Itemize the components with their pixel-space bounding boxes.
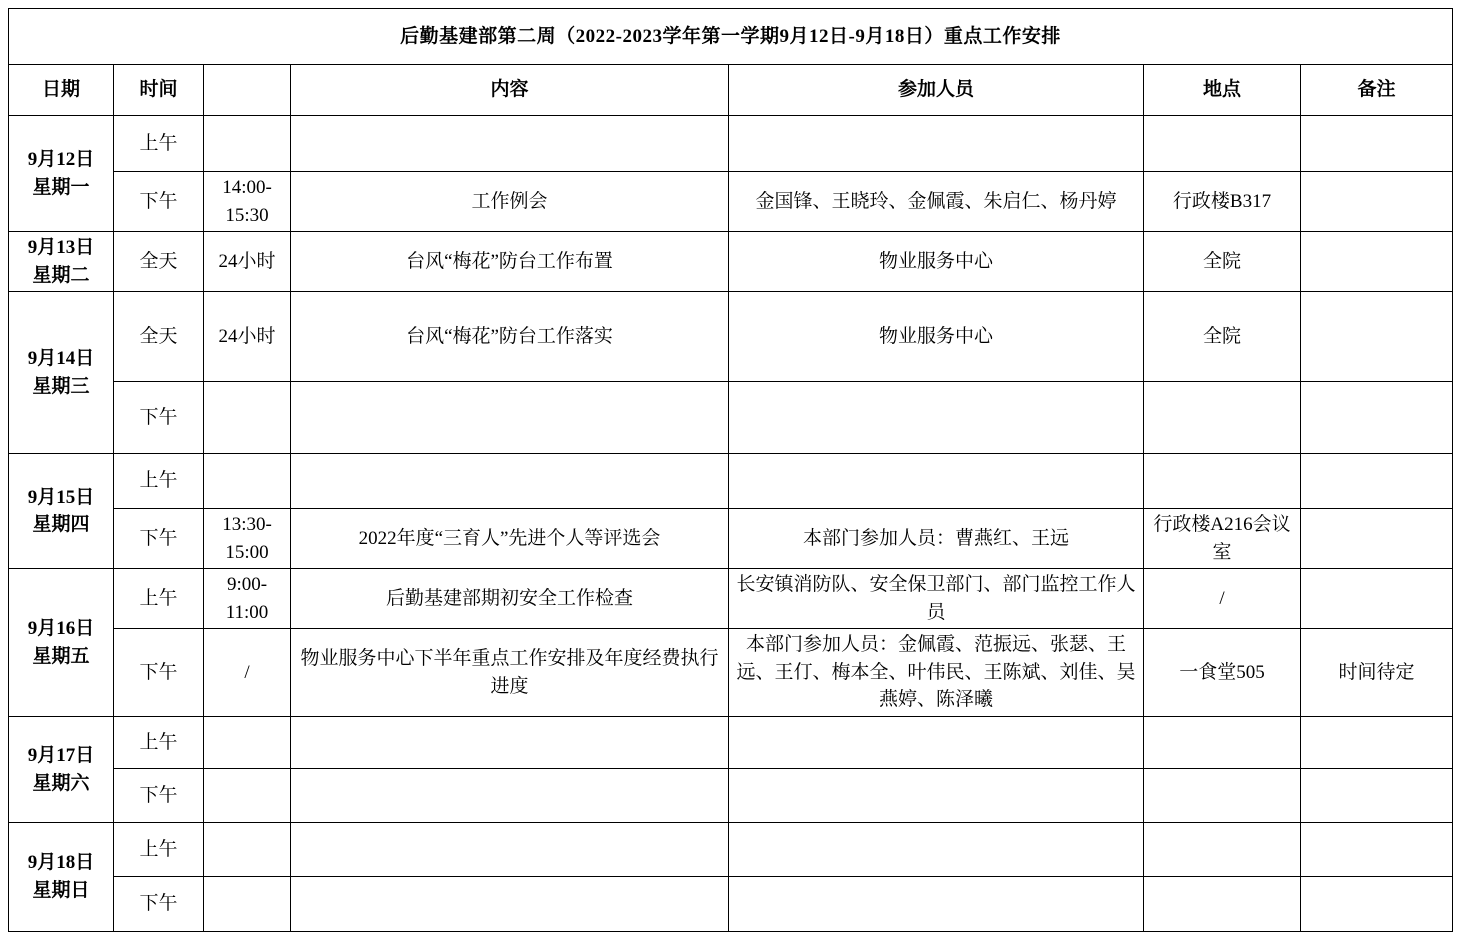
time-cell	[204, 877, 291, 932]
location-cell	[1144, 116, 1301, 172]
location-cell: 一食堂505	[1144, 629, 1301, 717]
participants-cell	[729, 877, 1144, 932]
period-cell: 下午	[114, 629, 204, 717]
location-cell	[1144, 769, 1301, 823]
table-row: 下午	[9, 877, 1453, 932]
content-cell	[291, 382, 729, 454]
period-cell: 下午	[114, 877, 204, 932]
column-header-note: 备注	[1301, 65, 1453, 116]
content-cell	[291, 823, 729, 877]
date-cell: 9月17日 星期六	[9, 717, 114, 823]
table-row: 9月17日 星期六 上午	[9, 717, 1453, 769]
period-cell: 上午	[114, 569, 204, 629]
period-cell: 上午	[114, 823, 204, 877]
location-cell: 行政楼A216会议室	[1144, 509, 1301, 569]
content-cell	[291, 454, 729, 509]
participants-cell	[729, 454, 1144, 509]
date-cell: 9月13日 星期二	[9, 232, 114, 292]
location-cell	[1144, 717, 1301, 769]
content-cell: 工作例会	[291, 172, 729, 232]
column-header-location: 地点	[1144, 65, 1301, 116]
participants-cell: 金国锋、王晓玲、金佩霞、朱启仁、杨丹婷	[729, 172, 1144, 232]
weekday-label: 星期二	[15, 262, 107, 290]
content-cell	[291, 769, 729, 823]
table-row: 9月15日 星期四 上午	[9, 454, 1453, 509]
date-label: 9月18日	[15, 849, 107, 877]
time-cell	[204, 116, 291, 172]
time-cell: 9:00-11:00	[204, 569, 291, 629]
weekday-label: 星期一	[15, 174, 107, 202]
participants-cell	[729, 717, 1144, 769]
date-cell: 9月14日 星期三	[9, 292, 114, 454]
content-cell: 台风“梅花”防台工作落实	[291, 292, 729, 382]
schedule-page: 后勤基建部第二周（2022-2023学年第一学期9月12日-9月18日）重点工作…	[0, 0, 1460, 912]
note-cell	[1301, 172, 1453, 232]
period-cell: 下午	[114, 769, 204, 823]
content-cell: 物业服务中心下半年重点工作安排及年度经费执行进度	[291, 629, 729, 717]
participants-cell: 长安镇消防队、安全保卫部门、部门监控工作人员	[729, 569, 1144, 629]
period-cell: 上午	[114, 116, 204, 172]
note-cell: 时间待定	[1301, 629, 1453, 717]
column-header-slot	[204, 65, 291, 116]
time-cell: 24小时	[204, 232, 291, 292]
table-title: 后勤基建部第二周（2022-2023学年第一学期9月12日-9月18日）重点工作…	[9, 9, 1453, 65]
time-cell	[204, 717, 291, 769]
participants-cell	[729, 116, 1144, 172]
time-cell: 14:00-15:30	[204, 172, 291, 232]
note-cell	[1301, 232, 1453, 292]
date-label: 9月13日	[15, 234, 107, 262]
column-header-participants: 参加人员	[729, 65, 1144, 116]
date-cell: 9月12日 星期一	[9, 116, 114, 232]
weekday-label: 星期五	[15, 643, 107, 671]
participants-cell	[729, 382, 1144, 454]
table-row: 9月12日 星期一 上午	[9, 116, 1453, 172]
time-cell: /	[204, 629, 291, 717]
content-cell: 台风“梅花”防台工作布置	[291, 232, 729, 292]
location-cell	[1144, 877, 1301, 932]
period-cell: 下午	[114, 509, 204, 569]
table-row: 下午 14:00-15:30 工作例会 金国锋、王晓玲、金佩霞、朱启仁、杨丹婷 …	[9, 172, 1453, 232]
date-cell: 9月18日 星期日	[9, 823, 114, 932]
weekday-label: 星期日	[15, 877, 107, 905]
note-cell	[1301, 569, 1453, 629]
date-label: 9月14日	[15, 345, 107, 373]
content-cell: 2022年度“三育人”先进个人等评选会	[291, 509, 729, 569]
period-cell: 全天	[114, 292, 204, 382]
participants-cell: 本部门参加人员：金佩霞、范振远、张瑟、王远、王仃、梅本全、叶伟民、王陈斌、刘佳、…	[729, 629, 1144, 717]
date-cell: 9月16日 星期五	[9, 569, 114, 717]
content-cell	[291, 877, 729, 932]
table-row: 9月18日 星期日 上午	[9, 823, 1453, 877]
column-header-time: 时间	[114, 65, 204, 116]
table-row: 9月16日 星期五 上午 9:00-11:00 后勤基建部期初安全工作检查 长安…	[9, 569, 1453, 629]
column-header-date: 日期	[9, 65, 114, 116]
participants-cell	[729, 769, 1144, 823]
date-cell: 9月15日 星期四	[9, 454, 114, 569]
location-cell: 全院	[1144, 232, 1301, 292]
participants-cell	[729, 823, 1144, 877]
date-label: 9月17日	[15, 742, 107, 770]
period-cell: 全天	[114, 232, 204, 292]
note-cell	[1301, 769, 1453, 823]
location-cell	[1144, 454, 1301, 509]
time-cell	[204, 769, 291, 823]
period-cell: 下午	[114, 172, 204, 232]
time-cell	[204, 454, 291, 509]
weekday-label: 星期三	[15, 373, 107, 401]
note-cell	[1301, 382, 1453, 454]
location-cell: /	[1144, 569, 1301, 629]
time-cell	[204, 823, 291, 877]
content-cell: 后勤基建部期初安全工作检查	[291, 569, 729, 629]
note-cell	[1301, 509, 1453, 569]
date-label: 9月15日	[15, 484, 107, 512]
content-cell	[291, 116, 729, 172]
weekly-schedule-table: 后勤基建部第二周（2022-2023学年第一学期9月12日-9月18日）重点工作…	[8, 8, 1453, 932]
date-label: 9月16日	[15, 615, 107, 643]
table-row: 9月13日 星期二 全天 24小时 台风“梅花”防台工作布置 物业服务中心 全院	[9, 232, 1453, 292]
note-cell	[1301, 823, 1453, 877]
location-cell	[1144, 823, 1301, 877]
column-header-content: 内容	[291, 65, 729, 116]
table-row: 9月14日 星期三 全天 24小时 台风“梅花”防台工作落实 物业服务中心 全院	[9, 292, 1453, 382]
time-cell: 13:30-15:00	[204, 509, 291, 569]
location-cell: 全院	[1144, 292, 1301, 382]
time-cell: 24小时	[204, 292, 291, 382]
participants-cell: 物业服务中心	[729, 232, 1144, 292]
weekday-label: 星期六	[15, 770, 107, 798]
participants-cell: 本部门参加人员：曹燕红、王远	[729, 509, 1144, 569]
table-row: 下午	[9, 769, 1453, 823]
table-row: 下午 / 物业服务中心下半年重点工作安排及年度经费执行进度 本部门参加人员：金佩…	[9, 629, 1453, 717]
note-cell	[1301, 877, 1453, 932]
period-cell: 下午	[114, 382, 204, 454]
content-cell	[291, 717, 729, 769]
table-row: 下午	[9, 382, 1453, 454]
period-cell: 上午	[114, 454, 204, 509]
note-cell	[1301, 116, 1453, 172]
location-cell	[1144, 382, 1301, 454]
weekday-label: 星期四	[15, 511, 107, 539]
time-cell	[204, 382, 291, 454]
location-cell: 行政楼B317	[1144, 172, 1301, 232]
table-row: 下午 13:30-15:00 2022年度“三育人”先进个人等评选会 本部门参加…	[9, 509, 1453, 569]
participants-cell: 物业服务中心	[729, 292, 1144, 382]
date-label: 9月12日	[15, 146, 107, 174]
note-cell	[1301, 717, 1453, 769]
note-cell	[1301, 454, 1453, 509]
note-cell	[1301, 292, 1453, 382]
period-cell: 上午	[114, 717, 204, 769]
